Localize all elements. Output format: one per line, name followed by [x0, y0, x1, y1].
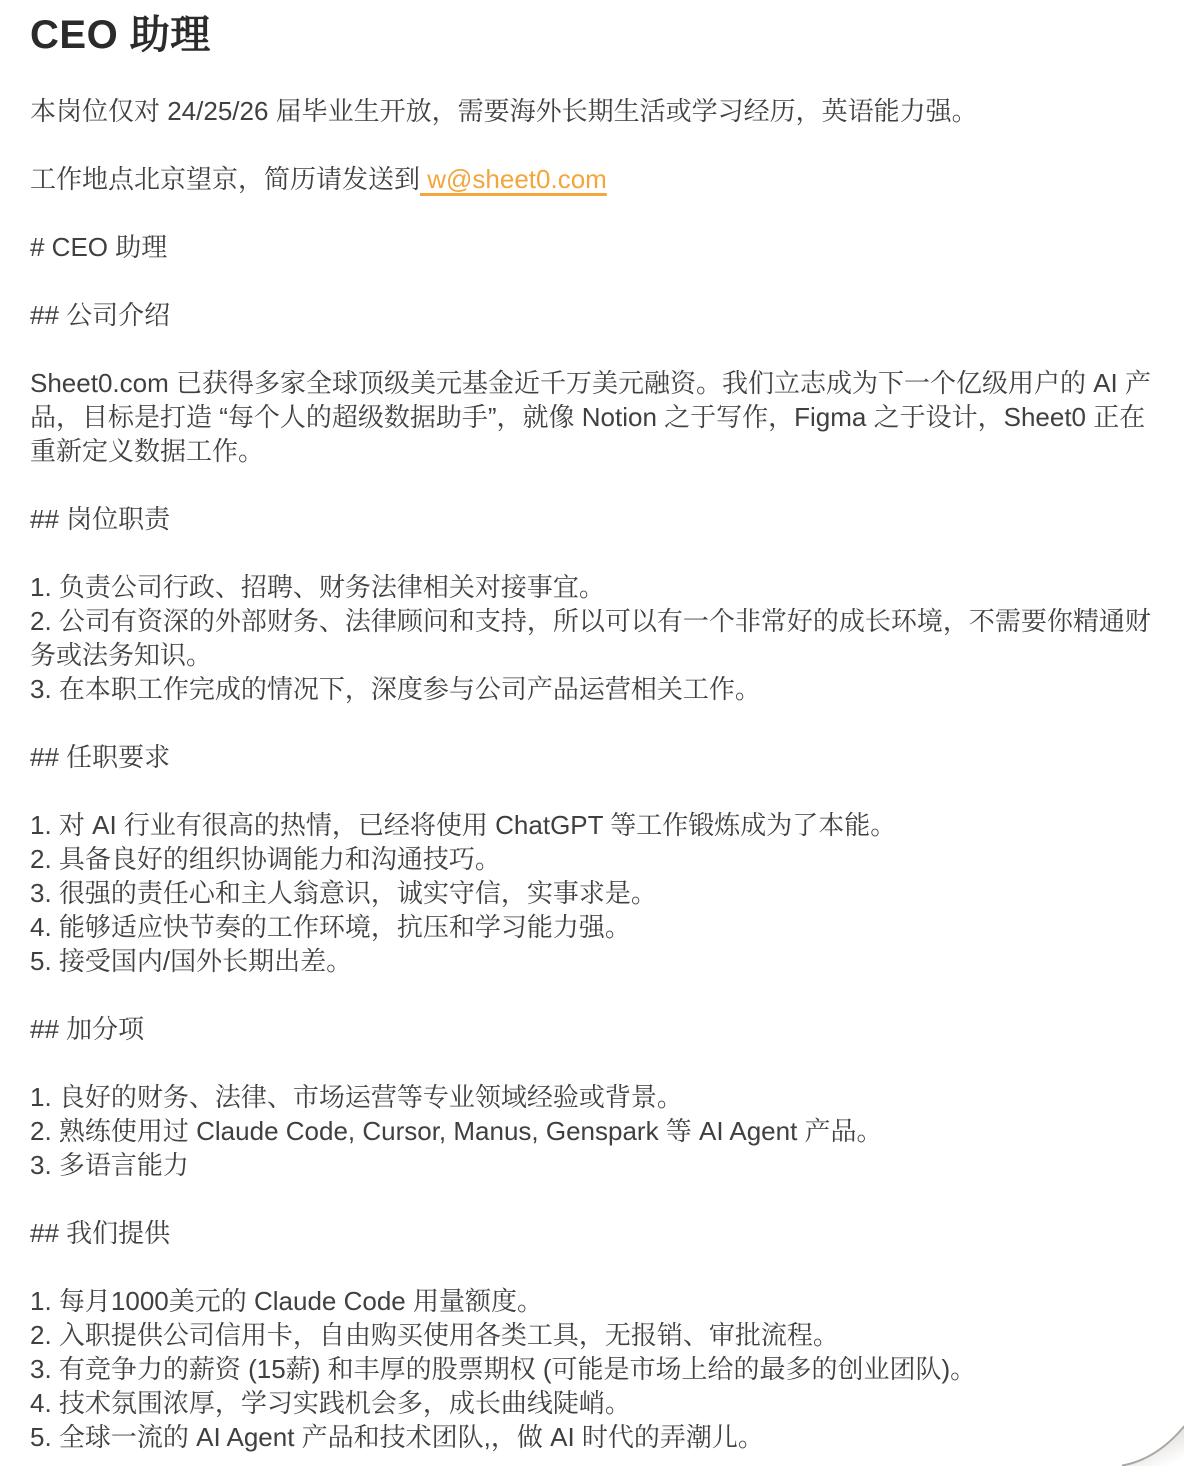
benefits-item: 1. 每月1000美元的 Claude Code 用量额度。	[30, 1284, 1154, 1318]
requirements-heading-block: ## 任职要求	[30, 740, 1154, 774]
benefits-item: 5. 全球一流的 AI Agent 产品和技术团队,，做 AI 时代的弄潮儿。	[30, 1420, 1154, 1454]
page-curl-icon	[1122, 1420, 1184, 1466]
responsibilities-list: 1. 负责公司行政、招聘、财务法律相关对接事宜。 2. 公司有资深的外部财务、法…	[30, 570, 1154, 706]
requirements-item: 1. 对 AI 行业有很高的热情，已经将使用 ChatGPT 等工作锻炼成为了本…	[30, 808, 1154, 842]
bonus-item: 2. 熟练使用过 Claude Code, Cursor, Manus, Gen…	[30, 1114, 1154, 1148]
job-description-page: CEO 助理 本岗位仅对 24/25/26 届毕业生开放，需要海外长期生活或学习…	[0, 0, 1184, 1466]
page-title: CEO 助理	[30, 10, 1154, 60]
responsibilities-item: 1. 负责公司行政、招聘、财务法律相关对接事宜。	[30, 570, 1154, 604]
bonus-item: 3. 多语言能力	[30, 1148, 1154, 1182]
email-link[interactable]: w@sheet0.com	[420, 164, 607, 194]
requirements-item: 2. 具备良好的组织协调能力和沟通技巧。	[30, 842, 1154, 876]
benefits-list: 1. 每月1000美元的 Claude Code 用量额度。 2. 入职提供公司…	[30, 1284, 1154, 1454]
requirements-list: 1. 对 AI 行业有很高的热情，已经将使用 ChatGPT 等工作锻炼成为了本…	[30, 808, 1154, 978]
requirements-item: 3. 很强的责任心和主人翁意识，诚实守信，实事求是。	[30, 876, 1154, 910]
benefits-heading-block: ## 我们提供	[30, 1216, 1154, 1250]
responsibilities-item: 3. 在本职工作完成的情况下，深度参与公司产品运营相关工作。	[30, 672, 1154, 706]
benefits-item: 4. 技术氛围浓厚，学习实践机会多，成长曲线陡峭。	[30, 1386, 1154, 1420]
benefits-item: 3. 有竞争力的薪资 (15薪) 和丰厚的股票期权 (可能是市场上给的最多的创业…	[30, 1352, 1154, 1386]
apply-paragraph: 工作地点北京望京，简历请发送到 w@sheet0.com	[30, 162, 1154, 196]
responsibilities-item: 2. 公司有资深的外部财务、法律顾问和支持，所以可以有一个非常好的成长环境，不需…	[30, 604, 1154, 672]
responsibilities-heading-block: ## 岗位职责	[30, 502, 1154, 536]
eligibility-paragraph: 本岗位仅对 24/25/26 届毕业生开放，需要海外长期生活或学习经历，英语能力…	[30, 94, 1154, 128]
requirements-item: 5. 接受国内/国外长期出差。	[30, 944, 1154, 978]
bonus-list: 1. 良好的财务、法律、市场运营等专业领域经验或背景。 2. 熟练使用过 Cla…	[30, 1080, 1154, 1182]
company-intro-paragraph-block: Sheet0.com 已获得多家全球顶级美元基金近千万美元融资。我们立志成为下一…	[30, 366, 1154, 468]
apply-prefix-text: 工作地点北京望京，简历请发送到	[30, 164, 420, 194]
md-title-block: # CEO 助理	[30, 230, 1154, 264]
heading-company-intro: ## 公司介绍	[30, 298, 1154, 332]
md-title-line: # CEO 助理	[30, 230, 1154, 264]
heading-benefits: ## 我们提供	[30, 1216, 1154, 1250]
bonus-heading-block: ## 加分项	[30, 1012, 1154, 1046]
company-intro-heading-block: ## 公司介绍	[30, 298, 1154, 332]
company-intro-text: Sheet0.com 已获得多家全球顶级美元基金近千万美元融资。我们立志成为下一…	[30, 366, 1154, 468]
eligibility-text: 本岗位仅对 24/25/26 届毕业生开放，需要海外长期生活或学习经历，英语能力…	[30, 94, 1154, 128]
requirements-item: 4. 能够适应快节奏的工作环境，抗压和学习能力强。	[30, 910, 1154, 944]
apply-line: 工作地点北京望京，简历请发送到 w@sheet0.com	[30, 162, 1154, 196]
benefits-item: 2. 入职提供公司信用卡，自由购买使用各类工具，无报销、审批流程。	[30, 1318, 1154, 1352]
heading-responsibilities: ## 岗位职责	[30, 502, 1154, 536]
heading-bonus: ## 加分项	[30, 1012, 1154, 1046]
bonus-item: 1. 良好的财务、法律、市场运营等专业领域经验或背景。	[30, 1080, 1154, 1114]
heading-requirements: ## 任职要求	[30, 740, 1154, 774]
